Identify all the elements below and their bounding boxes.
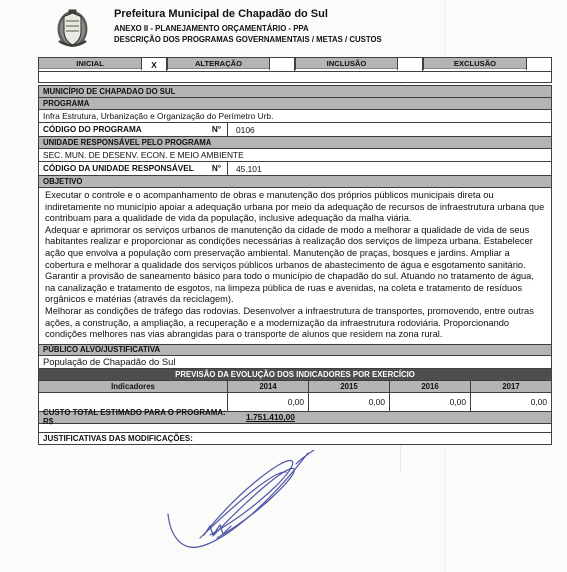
codigo-unidade-row: CÓDIGO DA UNIDADE RESPONSÁVEL N° 45.101: [38, 161, 552, 176]
codigo-unidade-num-label: N°: [212, 164, 221, 173]
inicial-label: INICIAL: [39, 58, 142, 71]
programa-value: Infra Estrutura, Urbanização e Organizaç…: [38, 109, 552, 123]
codigo-programa-row: CÓDIGO DO PROGRAMA N° 0106: [38, 122, 552, 137]
status-group-inclusao: INCLUSÃO: [295, 58, 423, 71]
value-2017-cell: 0,00: [471, 393, 551, 411]
col-header-2017: 2017: [471, 381, 551, 392]
col-header-indicadores: Indicadores: [39, 381, 228, 392]
objetivo-paragraph-3: Garantir a provisão de saneamento básico…: [45, 271, 545, 306]
alteracao-checkbox: [270, 58, 295, 71]
status-group-alteracao: ALTERAÇÃO: [167, 58, 295, 71]
col-header-2016: 2016: [390, 381, 471, 392]
scanned-document-page: Prefeitura Municipal de Chapadão do Sul …: [0, 0, 567, 572]
codigo-programa-label-cell: CÓDIGO DO PROGRAMA N°: [39, 123, 228, 136]
document-title: Prefeitura Municipal de Chapadão do Sul: [114, 8, 382, 22]
custo-total-value: 1.751.410,00: [246, 412, 295, 422]
empty-strip-row: [38, 71, 552, 83]
status-group-inicial: INICIAL X: [39, 58, 167, 71]
document-subtitle-2: DESCRIÇÃO DOS PROGRAMAS GOVERNAMENTAIS /…: [114, 35, 382, 45]
handwritten-signature: [146, 450, 336, 570]
justificativas-row: JUSTIFICATIVAS DAS MODIFICAÇÕES:: [38, 432, 552, 445]
codigo-unidade-label-cell: CÓDIGO DA UNIDADE RESPONSÁVEL N°: [39, 162, 228, 175]
status-row: INICIAL X ALTERAÇÃO INCLUSÃO EXCLUSÃO: [38, 57, 552, 72]
unidade-value: SEC. MUN. DE DESENV. ECON. E MEIO AMBIEN…: [38, 148, 552, 162]
codigo-unidade-value: 45.101: [228, 164, 551, 174]
col-header-2015: 2015: [309, 381, 390, 392]
inicial-checkbox: X: [142, 58, 167, 71]
exclusao-label: EXCLUSÃO: [423, 58, 527, 71]
publico-alvo-value: População de Chapadão do Sul: [38, 355, 552, 369]
objetivo-paragraph-1: Executar o controle e o acompanhamento d…: [45, 190, 545, 225]
exclusao-checkbox: [527, 58, 551, 71]
codigo-unidade-label: CÓDIGO DA UNIDADE RESPONSÁVEL: [43, 164, 194, 173]
objetivo-text: Executar o controle e o acompanhamento d…: [38, 187, 552, 345]
document-subtitle-1: ANEXO II - PLANEJAMENTO ORÇAMENTÁRIO - P…: [114, 24, 382, 34]
ppa-form: INICIAL X ALTERAÇÃO INCLUSÃO EXCLUSÃO MU…: [38, 57, 552, 445]
objetivo-paragraph-2: Adequar e aprimorar os serviços urbanos …: [45, 225, 545, 271]
codigo-programa-label: CÓDIGO DO PROGRAMA: [43, 125, 142, 134]
objetivo-paragraph-4: Melhorar as condições de tráfego das rod…: [45, 306, 545, 341]
coat-of-arms-icon: [54, 7, 91, 51]
inclusao-checkbox: [398, 58, 423, 71]
document-header: Prefeitura Municipal de Chapadão do Sul …: [0, 0, 567, 56]
codigo-programa-num-label: N°: [212, 125, 221, 134]
value-2014-cell: 0,00: [228, 393, 309, 411]
custo-total-label: CUSTO TOTAL ESTIMADO PARA O PROGRAMA: R$: [39, 408, 228, 426]
value-2015-cell: 0,00: [309, 393, 390, 411]
codigo-programa-value: 0106: [228, 125, 551, 135]
inclusao-label: INCLUSÃO: [295, 58, 398, 71]
col-header-2014: 2014: [228, 381, 309, 392]
indicadores-header-row: Indicadores 2014 2015 2016 2017: [38, 380, 552, 393]
value-2016-cell: 0,00: [390, 393, 471, 411]
alteracao-label: ALTERAÇÃO: [167, 58, 270, 71]
status-group-exclusao: EXCLUSÃO: [423, 58, 551, 71]
